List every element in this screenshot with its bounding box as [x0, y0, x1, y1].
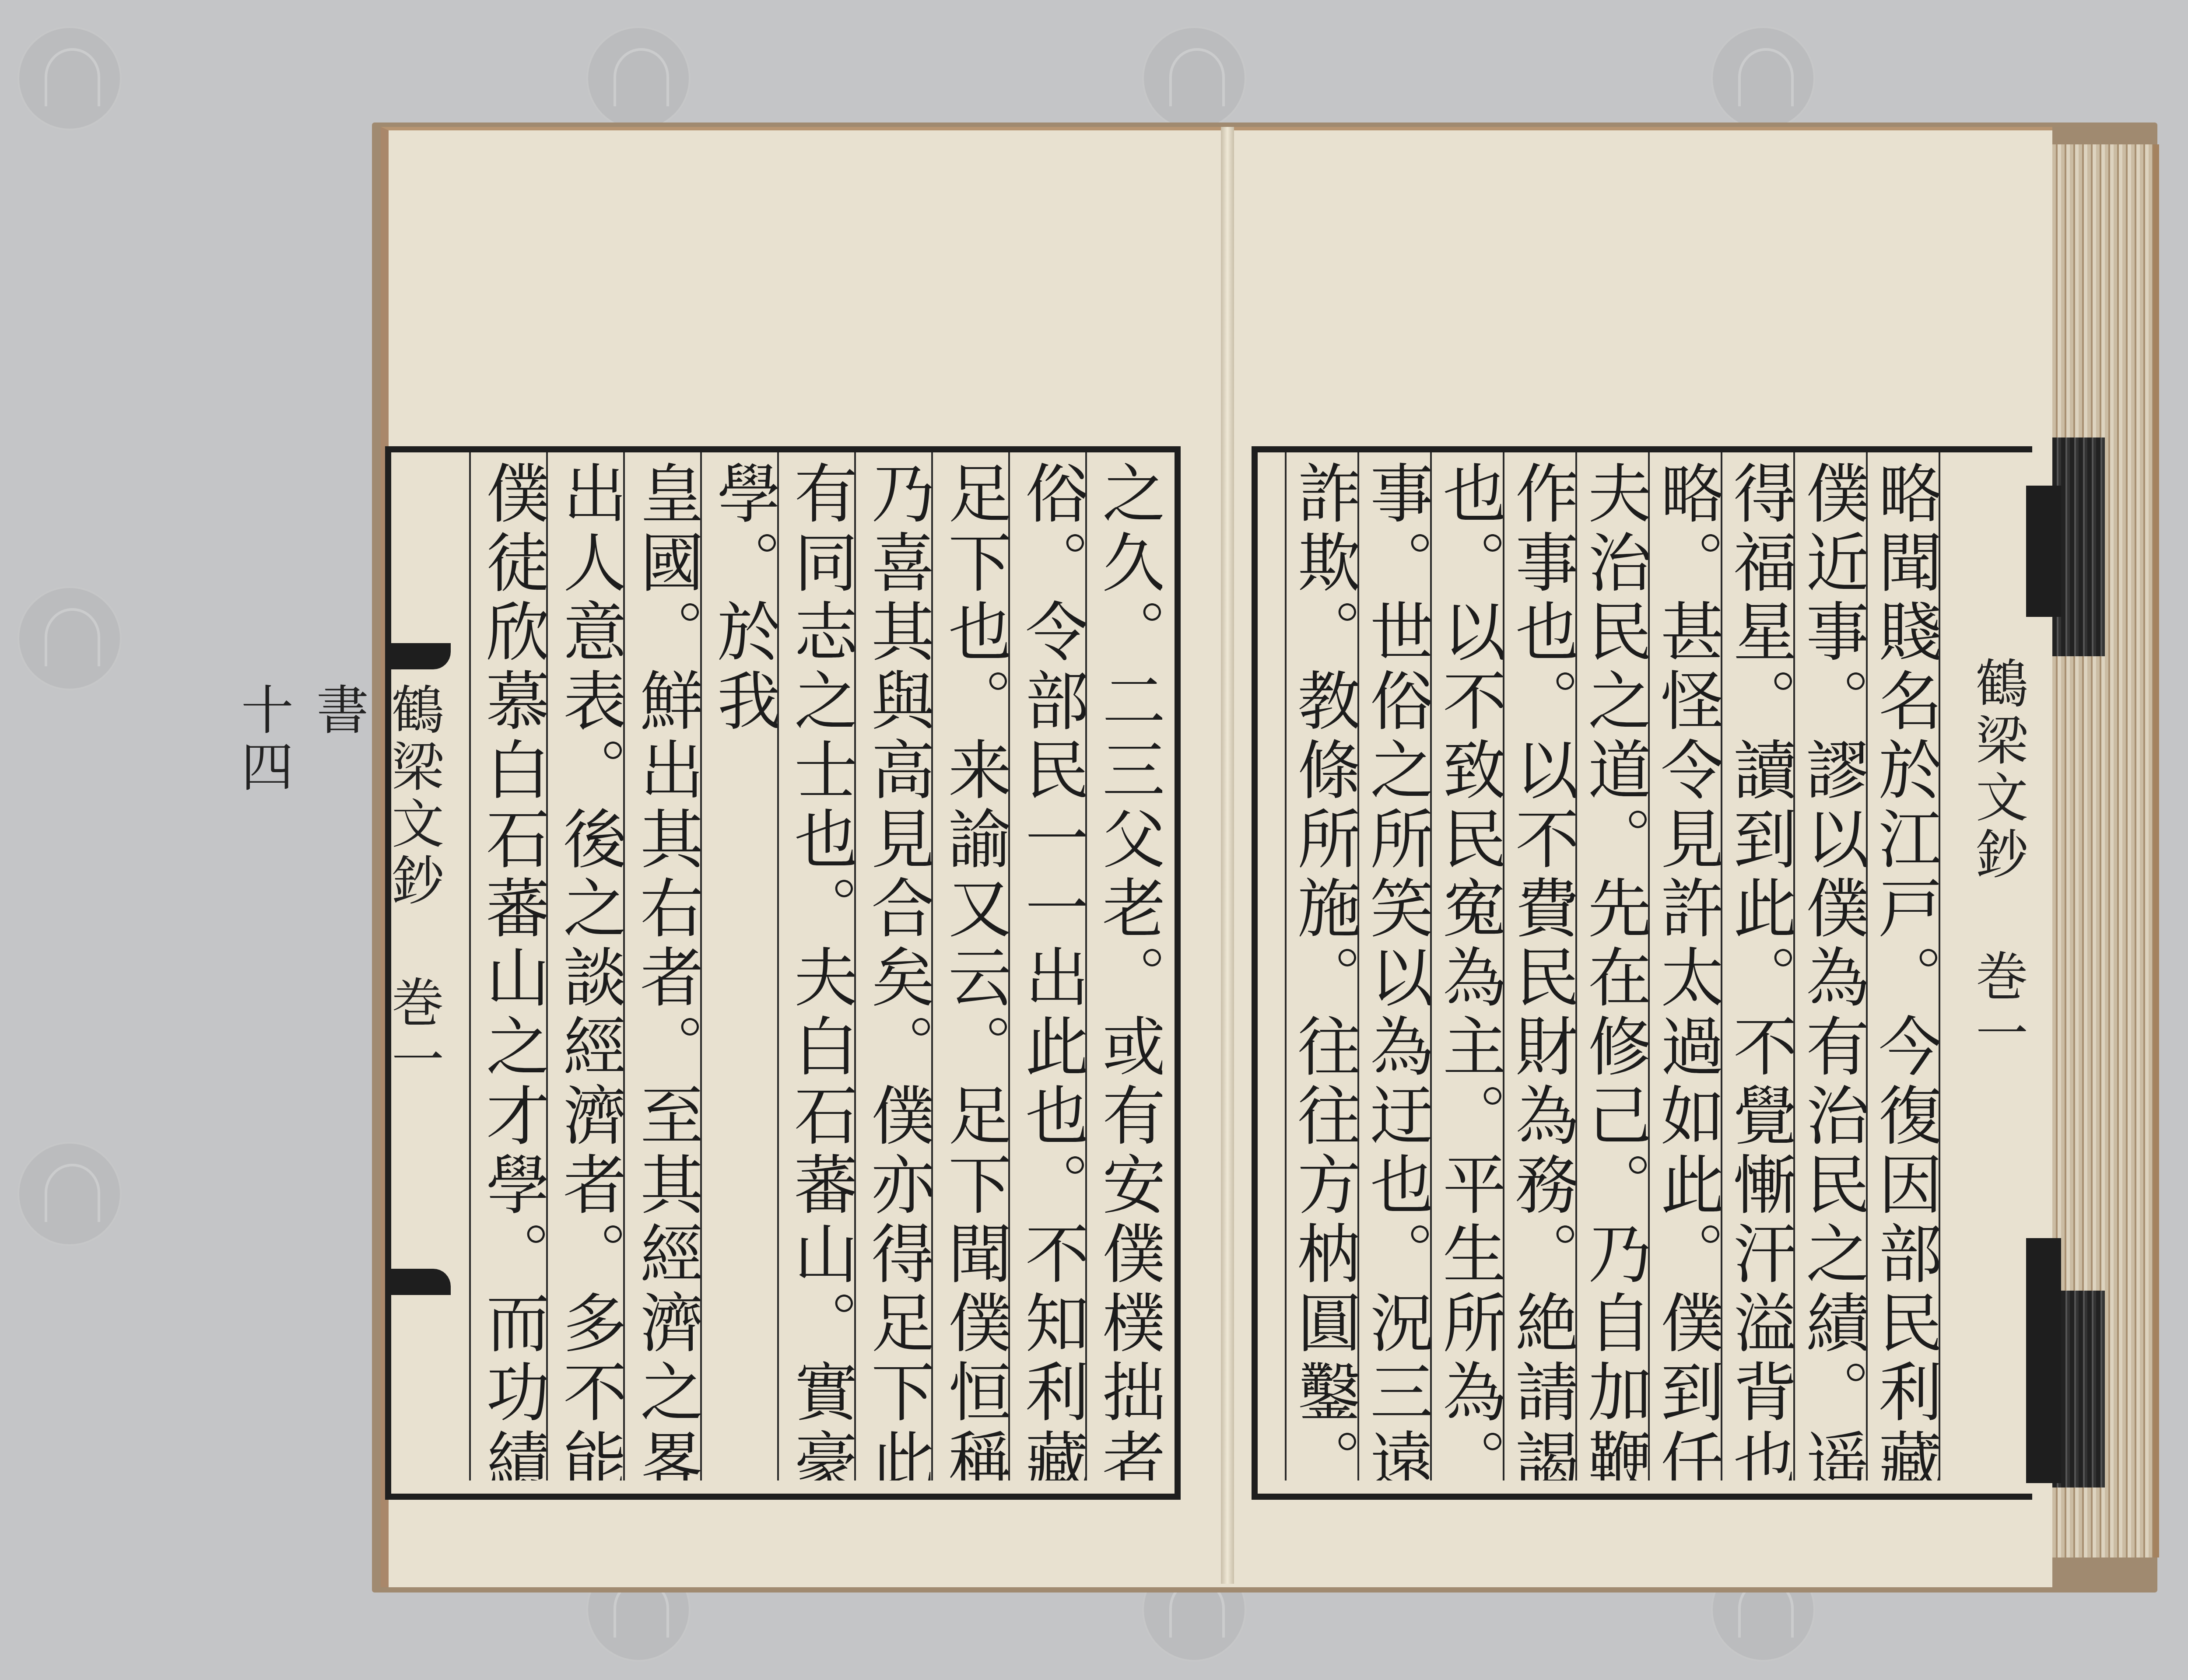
text-column: 略聞賤名於江戸。今復因部民利藏之言。得詳知	[1866, 452, 1939, 1480]
text-column: 作事也。以不費民財為務。絶請謁禁苞苴。其聽訟	[1503, 452, 1575, 1480]
leaf-number: 十四	[232, 682, 293, 796]
section-label: 書	[308, 682, 368, 739]
text-column: 僕近事。謬以僕為有治民之績。遥為三遠兩州賀	[1793, 452, 1866, 1480]
text-column: 有同志之士也。夫白石蕃山。實豪傑士也。高才博	[777, 452, 854, 1480]
text-column: 事。世俗之所笑以為迂也。況三遠民風狡猾。俗尚	[1357, 452, 1430, 1480]
watermark-logo-icon	[1142, 26, 1246, 130]
text-column: 俗。令部民一一出此也。不知利藏以何等語致諸	[1008, 452, 1085, 1480]
text-column: 出人意表。後之談經濟者。多不能脱其範圍也。今	[546, 452, 623, 1480]
fishtail-mark-bottom-right	[2026, 1238, 2061, 1483]
fishtail-mark-top-left	[385, 643, 451, 669]
watermark-logo-icon	[18, 586, 122, 690]
watermark-logo-icon	[586, 26, 691, 130]
watermark-logo-icon	[18, 26, 122, 130]
watermark-logo-icon	[18, 1142, 122, 1246]
text-column: 乃喜其與高見合矣。僕亦得足下此言。自慶天下	[854, 452, 931, 1480]
fold-title-right: 鶴梁文鈔 巻一	[1969, 656, 2035, 1225]
book-gutter	[1221, 127, 1234, 1584]
text-column: 也。以不致民寃為主。平生所為。不過如此。然此等	[1430, 452, 1503, 1480]
watermark-logo-icon	[1711, 26, 1815, 130]
text-column: 略。甚怪令見許太過如此。僕到任以為職在治民。	[1648, 452, 1721, 1480]
left-page-columns: 之久。二三父老。或有安僕樸拙者。而不能移風易 俗。令部民一一出此也。不知利藏以何…	[391, 452, 1162, 1481]
text-column: 得福星。讀到此。不覺慚汗溢背也。僕素譾陋。無才	[1721, 452, 1793, 1480]
text-column: 夫治民之道。先在修己。乃自加鞭策。慎身守儉。其	[1575, 452, 1648, 1480]
fold-title-text: 鶴梁文鈔 巻一	[383, 682, 444, 1089]
text-column: 之久。二三父老。或有安僕樸拙者。而不能移風易	[1085, 452, 1162, 1480]
fold-title-text: 鶴梁文鈔 巻一	[1967, 656, 2028, 1063]
fishtail-mark-bottom-left	[385, 1269, 451, 1295]
text-column: 皇國。鮮出其右者。至其經濟之畧。則所發明往往	[623, 452, 700, 1480]
fishtail-mark-top-right	[2026, 486, 2061, 617]
text-column: 足下也。来諭又云。足下聞僕恒稱白石蕃山才學。	[931, 452, 1008, 1480]
text-column: 學。於我	[700, 452, 777, 1480]
fold-title-left: 鶴梁文鈔 巻一 書 十四	[385, 682, 451, 1251]
text-column: 僕徒欣慕白石蕃山之才學。而功績之實。不能效	[469, 452, 546, 1480]
right-page-columns: 略聞賤名於江戸。今復因部民利藏之言。得詳知 僕近事。謬以僕為有治民之績。遥為三遠…	[1258, 452, 2026, 1481]
text-column: 詐欺。教條所施。往往方枘圓鑿。不可相合。然在部	[1285, 452, 1357, 1480]
